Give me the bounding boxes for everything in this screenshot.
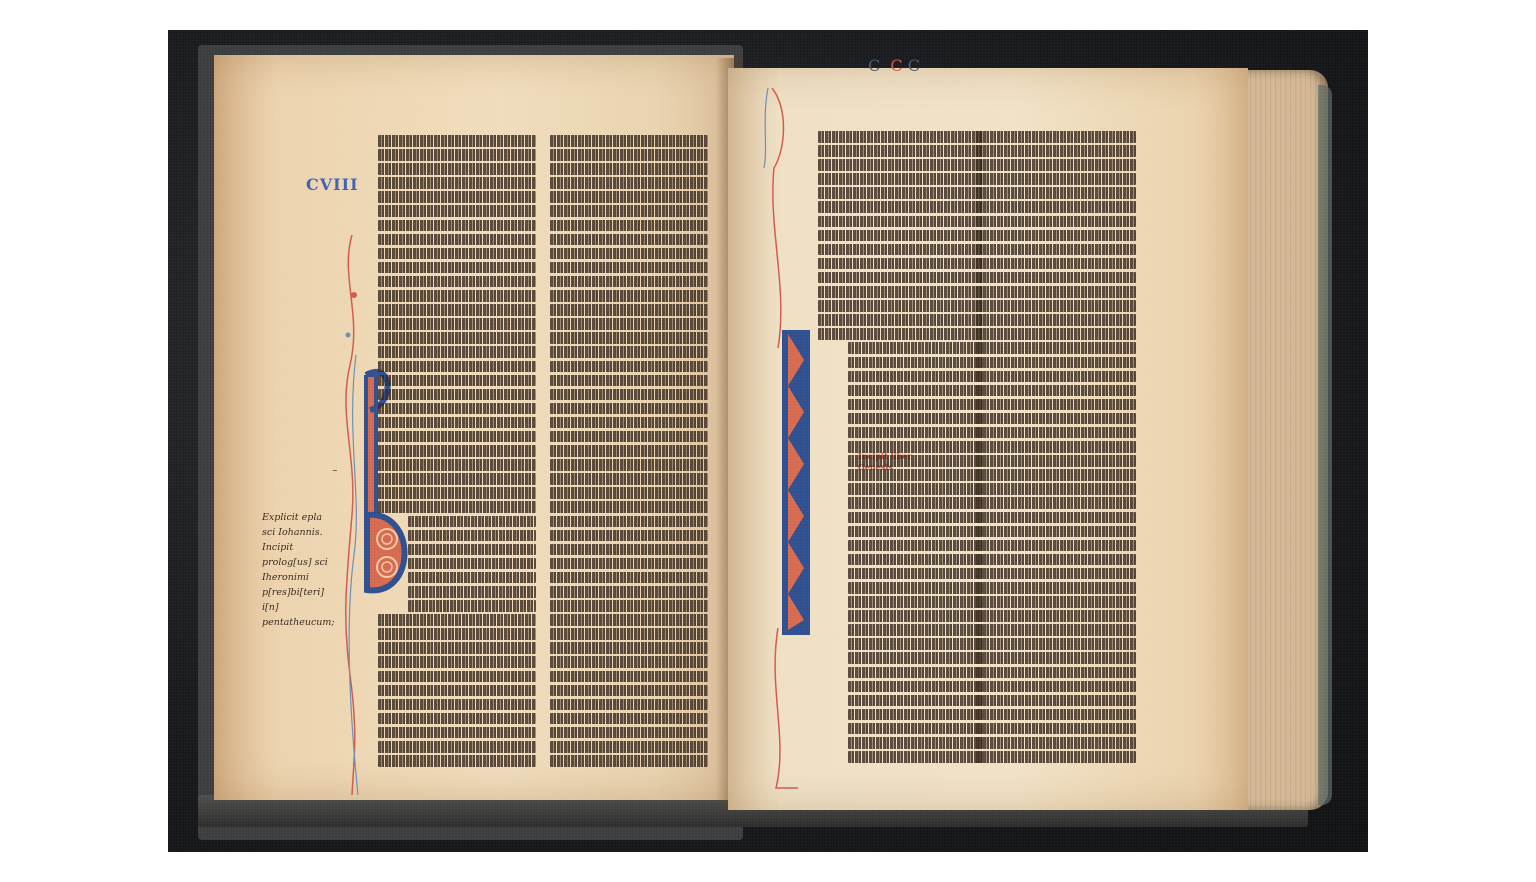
- manuscript-text-line: [378, 459, 536, 471]
- manuscript-text-line: [848, 483, 983, 495]
- manuscript-text-line: [378, 375, 536, 387]
- manuscript-text-line: [818, 145, 983, 157]
- manuscript-text-line: [818, 314, 983, 326]
- manuscript-text-line: [550, 530, 708, 542]
- manuscript-text-line: [976, 385, 1136, 397]
- manuscript-text-line: [408, 586, 536, 598]
- manuscript-text-line: [550, 191, 708, 203]
- manuscript-text-line: [550, 628, 708, 640]
- manuscript-text-line: [550, 572, 708, 584]
- manuscript-text-line: [550, 276, 708, 288]
- manuscript-text-line: [976, 568, 1136, 580]
- manuscript-text-line: [848, 610, 983, 622]
- manuscript-text-line: [378, 290, 536, 302]
- manuscript-text-line: [976, 540, 1136, 552]
- decorated-initial-I: [776, 330, 816, 635]
- manuscript-text-line: [818, 187, 983, 199]
- manuscript-text-line: [378, 163, 536, 175]
- left-page-column-1: [378, 135, 536, 769]
- manuscript-text-line: [976, 187, 1136, 199]
- manuscript-text-line: [976, 328, 1136, 340]
- manuscript-text-line: [378, 671, 536, 683]
- manuscript-text-line: [378, 501, 536, 513]
- manuscript-text-line: [976, 131, 1136, 143]
- manuscript-text-line: [976, 173, 1136, 185]
- manuscript-text-line: [378, 332, 536, 344]
- manuscript-text-line: [408, 516, 536, 528]
- manuscript-text-line: [408, 544, 536, 556]
- manuscript-text-line: [848, 526, 983, 538]
- manuscript-text-line: [550, 234, 708, 246]
- manuscript-text-line: [848, 385, 983, 397]
- manuscript-text-line: [848, 667, 983, 679]
- manuscript-text-line: [550, 544, 708, 556]
- manuscript-text-line: [550, 375, 708, 387]
- manuscript-text-line: [976, 300, 1136, 312]
- manuscript-text-line: [818, 173, 983, 185]
- manuscript-text-line: [848, 737, 983, 749]
- manuscript-text-line: [378, 642, 536, 654]
- manuscript-text-line: [378, 614, 536, 626]
- manuscript-text-line: [976, 469, 1136, 481]
- manuscript-text-line: [378, 248, 536, 260]
- manuscript-text-line: [378, 149, 536, 161]
- manuscript-text-line: [848, 568, 983, 580]
- manuscript-text-line: [550, 755, 708, 767]
- manuscript-text-line: [378, 346, 536, 358]
- manuscript-text-line: [818, 201, 983, 213]
- manuscript-text-line: [976, 258, 1136, 270]
- manuscript-text-line: [550, 431, 708, 443]
- manuscript-text-line: [550, 332, 708, 344]
- manuscript-text-line: [378, 685, 536, 697]
- manuscript-text-line: [550, 487, 708, 499]
- manuscript-text-line: [848, 469, 983, 481]
- manuscript-text-line: [818, 244, 983, 256]
- manuscript-text-line: [550, 600, 708, 612]
- manuscript-text-line: [378, 656, 536, 668]
- manuscript-text-line: [378, 741, 536, 753]
- right-page-column-2: [976, 131, 1136, 765]
- manuscript-text-line: [550, 741, 708, 753]
- manuscript-text-line: [550, 318, 708, 330]
- manuscript-text-line: [818, 272, 983, 284]
- manuscript-text-line: [848, 455, 983, 467]
- manuscript-text-line: [976, 230, 1136, 242]
- manuscript-text-line: [378, 318, 536, 330]
- manuscript-text-line: [848, 624, 983, 636]
- manuscript-text-line: [976, 709, 1136, 721]
- manuscript-text-line: [976, 681, 1136, 693]
- manuscript-text-line: [976, 286, 1136, 298]
- manuscript-text-line: [848, 638, 983, 650]
- explicit-note: Explicit epla sci Iohannis. Incipit prol…: [262, 510, 332, 630]
- manuscript-text-line: [550, 290, 708, 302]
- manuscript-text-line: [976, 427, 1136, 439]
- cover-right-edge: [1318, 85, 1332, 805]
- manuscript-text-line: [550, 417, 708, 429]
- manuscript-text-line: [378, 417, 536, 429]
- manuscript-text-line: [378, 177, 536, 189]
- manuscript-text-line: [848, 582, 983, 594]
- manuscript-text-line: [408, 558, 536, 570]
- manuscript-text-line: [848, 342, 983, 354]
- manuscript-text-line: [550, 304, 708, 316]
- manuscript-text-line: [378, 727, 536, 739]
- manuscript-text-line: [378, 191, 536, 203]
- manuscript-text-line: [818, 328, 983, 340]
- manuscript-text-line: [378, 445, 536, 457]
- manuscript-text-line: [848, 723, 983, 735]
- manuscript-text-line: [848, 497, 983, 509]
- manuscript-text-line: [550, 389, 708, 401]
- manuscript-text-line: [550, 614, 708, 626]
- manuscript-text-line: [976, 272, 1136, 284]
- manuscript-text-line: [848, 681, 983, 693]
- manuscript-text-line: [848, 512, 983, 524]
- manuscript-text-line: [976, 554, 1136, 566]
- manuscript-text-line: [818, 258, 983, 270]
- manuscript-text-line: [976, 413, 1136, 425]
- manuscript-text-line: [550, 205, 708, 217]
- manuscript-text-line: [550, 501, 708, 513]
- page-stack: [1243, 70, 1328, 810]
- manuscript-text-line: [848, 357, 983, 369]
- manuscript-text-line: [976, 652, 1136, 664]
- manuscript-text-line: [378, 389, 536, 401]
- manuscript-text-line: [550, 685, 708, 697]
- manuscript-text-line: [976, 497, 1136, 509]
- manuscript-text-line: [550, 473, 708, 485]
- manuscript-text-line: [848, 413, 983, 425]
- manuscript-text-line: [848, 399, 983, 411]
- manuscript-text-line: [848, 427, 983, 439]
- manuscript-text-line: [976, 371, 1136, 383]
- manuscript-text-line: [818, 300, 983, 312]
- manuscript-text-line: [976, 695, 1136, 707]
- manuscript-text-line: [550, 220, 708, 232]
- manuscript-text-line: [550, 361, 708, 373]
- manuscript-text-line: [848, 652, 983, 664]
- manuscript-text-line: [976, 201, 1136, 213]
- manuscript-text-line: [550, 445, 708, 457]
- manuscript-text-line: [550, 262, 708, 274]
- manuscript-text-line: [976, 159, 1136, 171]
- manuscript-text-line: [378, 135, 536, 147]
- manuscript-text-line: [976, 624, 1136, 636]
- manuscript-text-line: [976, 610, 1136, 622]
- manuscript-text-line: [976, 737, 1136, 749]
- manuscript-text-line: [550, 699, 708, 711]
- manuscript-text-line: [976, 667, 1136, 679]
- manuscript-text-line: [378, 304, 536, 316]
- manuscript-text-line: [976, 526, 1136, 538]
- manuscript-text-line: [550, 149, 708, 161]
- manuscript-text-line: [976, 357, 1136, 369]
- manuscript-text-line: [976, 342, 1136, 354]
- manuscript-text-line: [378, 205, 536, 217]
- manuscript-text-line: [378, 473, 536, 485]
- manuscript-text-line: [976, 483, 1136, 495]
- manuscript-text-line: [818, 286, 983, 298]
- manuscript-text-line: [848, 596, 983, 608]
- manuscript-text-line: [550, 403, 708, 415]
- manuscript-text-line: [550, 586, 708, 598]
- manuscript-text-line: [848, 751, 983, 763]
- manuscript-text-line: [550, 656, 708, 668]
- manuscript-text-line: [550, 248, 708, 260]
- manuscript-text-line: [976, 751, 1136, 763]
- manuscript-text-line: [976, 638, 1136, 650]
- manuscript-text-line: [550, 163, 708, 175]
- manuscript-text-line: [818, 159, 983, 171]
- manuscript-photograph: CVIII ~ Explicit epla sci Iohannis. Inci…: [168, 30, 1368, 852]
- manuscript-text-line: [976, 314, 1136, 326]
- manuscript-text-line: [378, 431, 536, 443]
- manuscript-text-line: [550, 558, 708, 570]
- manuscript-text-line: [378, 755, 536, 767]
- manuscript-text-line: [378, 713, 536, 725]
- chapter-number: CVIII: [306, 175, 359, 194]
- left-page-column-2: [550, 135, 708, 769]
- manuscript-text-line: [408, 600, 536, 612]
- manuscript-text-line: [408, 530, 536, 542]
- manuscript-text-line: [550, 135, 708, 147]
- manuscript-text-line: [848, 709, 983, 721]
- manuscript-text-line: [818, 230, 983, 242]
- manuscript-text-line: [818, 216, 983, 228]
- right-page: C C C Incipit liber Genesis: [728, 68, 1248, 810]
- manuscript-text-line: [378, 403, 536, 415]
- running-head: C C C: [868, 56, 920, 75]
- manuscript-text-line: [378, 699, 536, 711]
- manuscript-text-line: [550, 177, 708, 189]
- manuscript-text-line: [848, 371, 983, 383]
- right-page-column-1: [818, 131, 983, 765]
- manuscript-text-line: [976, 244, 1136, 256]
- manuscript-text-line: [976, 216, 1136, 228]
- manuscript-text-line: [976, 455, 1136, 467]
- manuscript-text-line: [976, 145, 1136, 157]
- manuscript-text-line: [818, 131, 983, 143]
- manuscript-text-line: [378, 220, 536, 232]
- manuscript-text-line: [976, 512, 1136, 524]
- manuscript-text-line: [550, 346, 708, 358]
- left-page: CVIII ~ Explicit epla sci Iohannis. Inci…: [214, 55, 734, 800]
- manuscript-text-line: [550, 516, 708, 528]
- manuscript-text-line: [408, 572, 536, 584]
- manuscript-text-line: [378, 628, 536, 640]
- manuscript-text-line: [378, 487, 536, 499]
- manuscript-text-line: [976, 441, 1136, 453]
- manuscript-text-line: [848, 441, 983, 453]
- manuscript-text-line: [378, 276, 536, 288]
- manuscript-text-line: [550, 713, 708, 725]
- manuscript-text-line: [848, 540, 983, 552]
- manuscript-text-line: [378, 234, 536, 246]
- manuscript-text-line: [976, 399, 1136, 411]
- manuscript-text-line: [848, 554, 983, 566]
- manuscript-text-line: [378, 361, 536, 373]
- manuscript-text-line: [550, 671, 708, 683]
- manuscript-text-line: [976, 582, 1136, 594]
- manuscript-text-line: [550, 642, 708, 654]
- manuscript-text-line: [976, 596, 1136, 608]
- manuscript-text-line: [848, 695, 983, 707]
- manuscript-text-line: [550, 459, 708, 471]
- manuscript-text-line: [378, 262, 536, 274]
- manuscript-text-line: [976, 723, 1136, 735]
- manuscript-text-line: [550, 727, 708, 739]
